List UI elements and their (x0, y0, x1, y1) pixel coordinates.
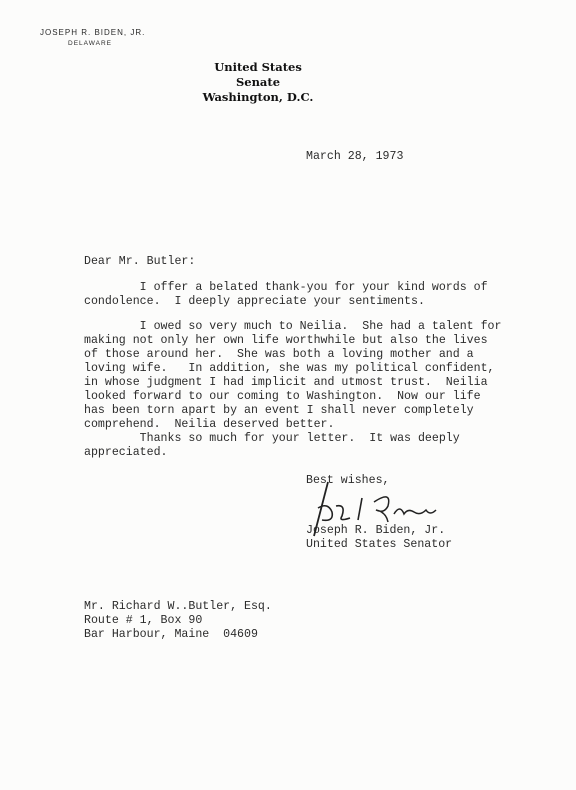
letterhead-senate: United States Senate (198, 60, 318, 90)
letter-page: JOSEPH R. BIDEN, JR. DELAWARE United Sta… (0, 0, 576, 790)
signature-block: Joseph R. Biden, Jr. United States Senat… (306, 524, 452, 552)
body-paragraph-3: Thanks so much for your letter. It was d… (84, 432, 460, 460)
letterhead-senator-name: JOSEPH R. BIDEN, JR. (40, 28, 145, 37)
body-paragraph-2: I owed so very much to Neilia. She had a… (84, 320, 501, 432)
body-paragraph-1: I offer a belated thank-you for your kin… (84, 281, 488, 309)
letter-date: March 28, 1973 (306, 150, 403, 164)
salutation: Dear Mr. Butler: (84, 255, 195, 269)
letterhead-institution: United States Senate Washington, D.C. (198, 60, 318, 105)
letterhead-location: Washington, D.C. (198, 90, 318, 105)
letterhead-state: DELAWARE (68, 40, 112, 47)
recipient-address: Mr. Richard W..Butler, Esq. Route # 1, B… (84, 600, 272, 642)
